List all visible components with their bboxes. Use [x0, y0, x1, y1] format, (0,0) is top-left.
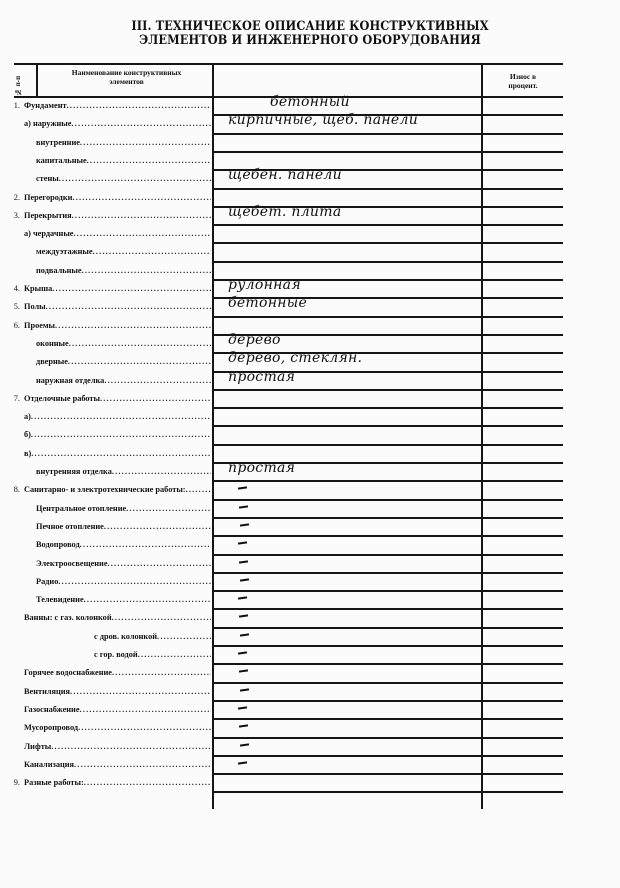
table-row-label: 7.Отделочные работы.....................…	[0, 390, 211, 407]
row-element-name: капитальные	[24, 152, 87, 169]
row-divider	[212, 590, 563, 592]
leader-dots: ........................................…	[74, 756, 211, 773]
table-row-label: капитальные.............................…	[0, 152, 211, 169]
table-row-label: Лифты...................................…	[0, 738, 211, 755]
leader-dots: ........................................…	[31, 445, 211, 462]
row-divider	[212, 737, 563, 739]
leader-dots: ........................................…	[100, 390, 211, 407]
leader-dots: ........................................…	[104, 372, 211, 389]
table-row-label: наружная отделка........................…	[0, 372, 211, 389]
row-number	[0, 701, 24, 718]
row-divider	[212, 645, 563, 647]
table-row-label: Ванны: с газ. колонкой..................…	[0, 609, 211, 626]
row-divider	[212, 480, 563, 482]
row-value-handwritten: простая	[228, 460, 295, 476]
row-value-dash	[238, 542, 247, 545]
row-number	[0, 134, 24, 151]
leader-dots: ........................................…	[67, 97, 211, 114]
row-number	[0, 536, 24, 553]
row-number	[0, 500, 24, 517]
leader-dots: ........................................…	[112, 664, 211, 681]
row-value-dash	[238, 761, 247, 764]
row-divider	[212, 316, 563, 318]
row-divider	[212, 663, 563, 665]
row-value-handwritten: рулонная	[228, 277, 301, 293]
row-number: 7.	[0, 390, 24, 407]
table-row-label: а) наружные.............................…	[0, 115, 211, 132]
column-divider-wear	[481, 63, 483, 809]
row-divider	[212, 133, 563, 135]
table-row-label: 4.Крыша.................................…	[0, 280, 211, 297]
row-divider	[212, 535, 563, 537]
leader-dots: ........................................…	[84, 774, 211, 791]
row-element-name: Ванны: с газ. колонкой	[24, 609, 112, 626]
row-element-name: Перегородки	[24, 189, 72, 206]
leader-dots: ........................................…	[70, 683, 211, 700]
table-row-label: 8.Санитарно- и электротехнические работы…	[0, 481, 211, 498]
row-element-name: Печное отопление	[24, 518, 104, 535]
row-value-dash	[240, 688, 249, 691]
row-element-name: в)	[24, 445, 31, 462]
leader-dots: ........................................…	[52, 280, 211, 297]
row-element-name: Горячее водоснабжение	[24, 664, 112, 681]
row-divider	[212, 444, 563, 446]
row-element-name: Телевидение	[24, 591, 84, 608]
row-element-name: подвальные	[24, 262, 82, 279]
row-divider	[212, 572, 563, 574]
row-element-name: б)	[24, 426, 31, 443]
row-divider	[212, 499, 563, 501]
row-element-name: оконные	[24, 335, 69, 352]
leader-dots: ........................................…	[104, 518, 211, 535]
row-element-name: Мусоропровод	[24, 719, 78, 736]
leader-dots: ........................................…	[84, 591, 211, 608]
row-value-dash	[238, 487, 247, 490]
row-number: 3.	[0, 207, 24, 224]
table-row-label: 1.Фундамент.............................…	[0, 97, 211, 114]
table-row-label: междуэтажные............................…	[0, 243, 211, 260]
row-number	[0, 170, 24, 187]
row-value-dash	[239, 560, 248, 563]
table-row-label: Печное отопление........................…	[0, 518, 211, 535]
table-row-label: Радио...................................…	[0, 573, 211, 590]
row-value-handwritten: щебен. панели	[228, 167, 342, 183]
row-number	[0, 609, 24, 626]
document-title: III. ТЕХНИЧЕСКОЕ ОПИСАНИЕ КОНСТРУКТИВНЫХ…	[43, 20, 576, 48]
row-element-name: Радио	[24, 573, 58, 590]
row-divider	[212, 407, 563, 409]
table-row-label: а) чердачные............................…	[0, 225, 211, 242]
table-row-label: 9.Разные работы:........................…	[0, 774, 211, 791]
row-value-dash	[240, 523, 249, 526]
row-element-name: междуэтажные	[24, 243, 93, 260]
leader-dots: ........................................…	[31, 426, 211, 443]
row-element-name: с гор. водой	[24, 646, 138, 663]
row-number	[0, 664, 24, 681]
row-number	[0, 573, 24, 590]
row-value-dash	[239, 615, 248, 618]
leader-dots: ........................................…	[126, 500, 211, 517]
leader-dots: ........................................…	[80, 134, 211, 151]
row-divider	[212, 261, 563, 263]
row-number	[0, 262, 24, 279]
row-value-dash	[240, 743, 249, 746]
row-number: 6.	[0, 317, 24, 334]
table-row-label: 6.Проемы................................…	[0, 317, 211, 334]
row-element-name: Проемы	[24, 317, 55, 334]
leader-dots: ........................................…	[51, 738, 211, 755]
row-number	[0, 408, 24, 425]
row-divider	[212, 425, 563, 427]
row-number	[0, 719, 24, 736]
row-number	[0, 518, 24, 535]
row-divider	[212, 700, 563, 702]
row-divider	[212, 554, 563, 556]
leader-dots: ........................................…	[80, 536, 211, 553]
header-divider-number	[36, 63, 38, 98]
row-element-name: Центральное отопление	[24, 500, 126, 517]
leader-dots: ........................................…	[87, 152, 211, 169]
row-element-name: Фундамент	[24, 97, 67, 114]
leader-dots: ........................................…	[59, 170, 211, 187]
row-value-dash	[239, 670, 248, 673]
table-row-label: внутренняя отделка......................…	[0, 463, 211, 480]
table-row-label: Центральное отопление...................…	[0, 500, 211, 517]
table-row-label: дверные.................................…	[0, 353, 211, 370]
row-value-dash	[240, 633, 249, 636]
table-row-label: внутренние..............................…	[0, 134, 211, 151]
row-divider	[212, 151, 563, 153]
row-value-handwritten: дерево	[228, 332, 281, 348]
table-row-label: с дров. колонкой........................…	[0, 628, 211, 645]
row-element-name: Отделочные работы	[24, 390, 100, 407]
row-value-dash	[238, 706, 247, 709]
row-value-handwritten: кирпичные, щеб. панели	[228, 112, 418, 128]
leader-dots: ........................................…	[78, 719, 211, 736]
header-wear-percent: Износ в процент.	[483, 72, 563, 90]
row-element-name: Вентиляция	[24, 683, 70, 700]
leader-dots: ........................................…	[31, 408, 211, 425]
row-element-name: Газоснабжение	[24, 701, 80, 718]
row-divider	[212, 755, 563, 757]
table-row-label: а)......................................…	[0, 408, 211, 425]
row-value-handwritten: дерево, стеклян.	[228, 350, 362, 366]
leader-dots: ........................................…	[72, 189, 211, 206]
row-number	[0, 335, 24, 352]
row-element-name: Водопровод	[24, 536, 80, 553]
row-element-name: стены	[24, 170, 59, 187]
row-number	[0, 738, 24, 755]
row-element-name: Канализация	[24, 756, 74, 773]
row-number	[0, 152, 24, 169]
row-element-name: Полы	[24, 298, 46, 315]
row-number: 8.	[0, 481, 24, 498]
leader-dots: ........................................…	[112, 609, 211, 626]
row-element-name: а) чердачные	[24, 225, 74, 242]
leader-dots: ........................................…	[93, 243, 211, 260]
row-divider	[212, 627, 563, 629]
header-element-name: Наименование конструктивных элементов	[40, 68, 213, 86]
row-element-name: дверные	[24, 353, 68, 370]
table-row-label: стены...................................…	[0, 170, 211, 187]
table-row-label: оконные.................................…	[0, 335, 211, 352]
leader-dots: ........................................…	[68, 353, 211, 370]
row-divider	[212, 773, 563, 775]
column-divider-description	[212, 63, 214, 809]
leader-dots: ........................................…	[80, 701, 211, 718]
table-row-label: подвальные..............................…	[0, 262, 211, 279]
row-element-name: внутренняя отделка	[24, 463, 112, 480]
row-element-name: с дров. колонкой	[24, 628, 157, 645]
row-divider	[212, 608, 563, 610]
table-row-label: Мусоропровод............................…	[0, 719, 211, 736]
leader-dots: ........................................…	[186, 481, 211, 498]
row-divider	[212, 517, 563, 519]
row-number	[0, 683, 24, 700]
row-number: 2.	[0, 189, 24, 206]
row-divider	[212, 682, 563, 684]
table-row-label: Газоснабжение...........................…	[0, 701, 211, 718]
leader-dots: ........................................…	[55, 317, 211, 334]
row-element-name: Крыша	[24, 280, 52, 297]
row-value-handwritten: щебет. плита	[228, 204, 341, 220]
row-number	[0, 353, 24, 370]
table-row-label: 5.Полы..................................…	[0, 298, 211, 315]
table-row-label: Вентиляция..............................…	[0, 683, 211, 700]
leader-dots: ........................................…	[112, 463, 211, 480]
leader-dots: ........................................…	[108, 555, 212, 572]
row-element-name: внутренние	[24, 134, 80, 151]
row-element-name: Перекрытия	[24, 207, 72, 224]
row-value-dash	[238, 651, 247, 654]
row-number	[0, 372, 24, 389]
table-row-label: Электроосвещение........................…	[0, 555, 211, 572]
title-line-1: III. ТЕХНИЧЕСКОЕ ОПИСАНИЕ КОНСТРУКТИВНЫХ	[43, 20, 576, 34]
row-number	[0, 445, 24, 462]
row-value-handwritten: бетонные	[228, 295, 307, 311]
row-value-dash	[240, 578, 249, 581]
row-value-handwritten: простая	[228, 369, 295, 385]
row-divider	[212, 188, 563, 190]
row-value-dash	[239, 725, 248, 728]
row-value-handwritten: бетонный	[270, 94, 350, 110]
row-number	[0, 756, 24, 773]
row-number: 9.	[0, 774, 24, 791]
table-row-label: Водопровод..............................…	[0, 536, 211, 553]
leader-dots: ........................................…	[138, 646, 211, 663]
table-row-label: Канализация.............................…	[0, 756, 211, 773]
row-element-name: наружная отделка	[24, 372, 104, 389]
row-divider	[212, 389, 563, 391]
leader-dots: ........................................…	[71, 115, 211, 132]
table-row-label: 2.Перегородки...........................…	[0, 189, 211, 206]
row-number	[0, 591, 24, 608]
row-number: 5.	[0, 298, 24, 315]
row-element-name: Электроосвещение	[24, 555, 108, 572]
row-divider	[212, 224, 563, 226]
row-number	[0, 463, 24, 480]
table-row-label: в)......................................…	[0, 445, 211, 462]
table-row-label: Горячее водоснабжение...................…	[0, 664, 211, 681]
row-number	[0, 115, 24, 132]
table-row-label: б)......................................…	[0, 426, 211, 443]
row-number	[0, 225, 24, 242]
row-element-name: Разные работы:	[24, 774, 84, 791]
leader-dots: ........................................…	[74, 225, 212, 242]
row-divider	[212, 242, 563, 244]
table-row-label: Телевидение.............................…	[0, 591, 211, 608]
title-line-2: ЭЛЕМЕНТОВ И ИНЖЕНЕРНОГО ОБОРУДОВАНИЯ	[43, 34, 576, 48]
row-element-name: Санитарно- и электротехнические работы:	[24, 481, 186, 498]
row-number: 4.	[0, 280, 24, 297]
row-number	[0, 555, 24, 572]
leader-dots: ........................................…	[69, 335, 211, 352]
row-divider	[212, 791, 563, 793]
row-number	[0, 628, 24, 645]
table-row-label: 3.Перекрытия............................…	[0, 207, 211, 224]
table-row-label: с гор. водой............................…	[0, 646, 211, 663]
row-element-name: Лифты	[24, 738, 51, 755]
row-number	[0, 243, 24, 260]
leader-dots: ........................................…	[82, 262, 211, 279]
leader-dots: ........................................…	[72, 207, 211, 224]
row-element-name: а)	[24, 408, 31, 425]
row-element-name: а) наружные	[24, 115, 71, 132]
leader-dots: ........................................…	[58, 573, 211, 590]
row-value-dash	[239, 505, 248, 508]
row-number: 1.	[0, 97, 24, 114]
leader-dots: ........................................…	[157, 628, 211, 645]
leader-dots: ........................................…	[46, 298, 211, 315]
row-divider	[212, 718, 563, 720]
row-number	[0, 646, 24, 663]
row-value-dash	[238, 596, 247, 599]
row-number	[0, 426, 24, 443]
